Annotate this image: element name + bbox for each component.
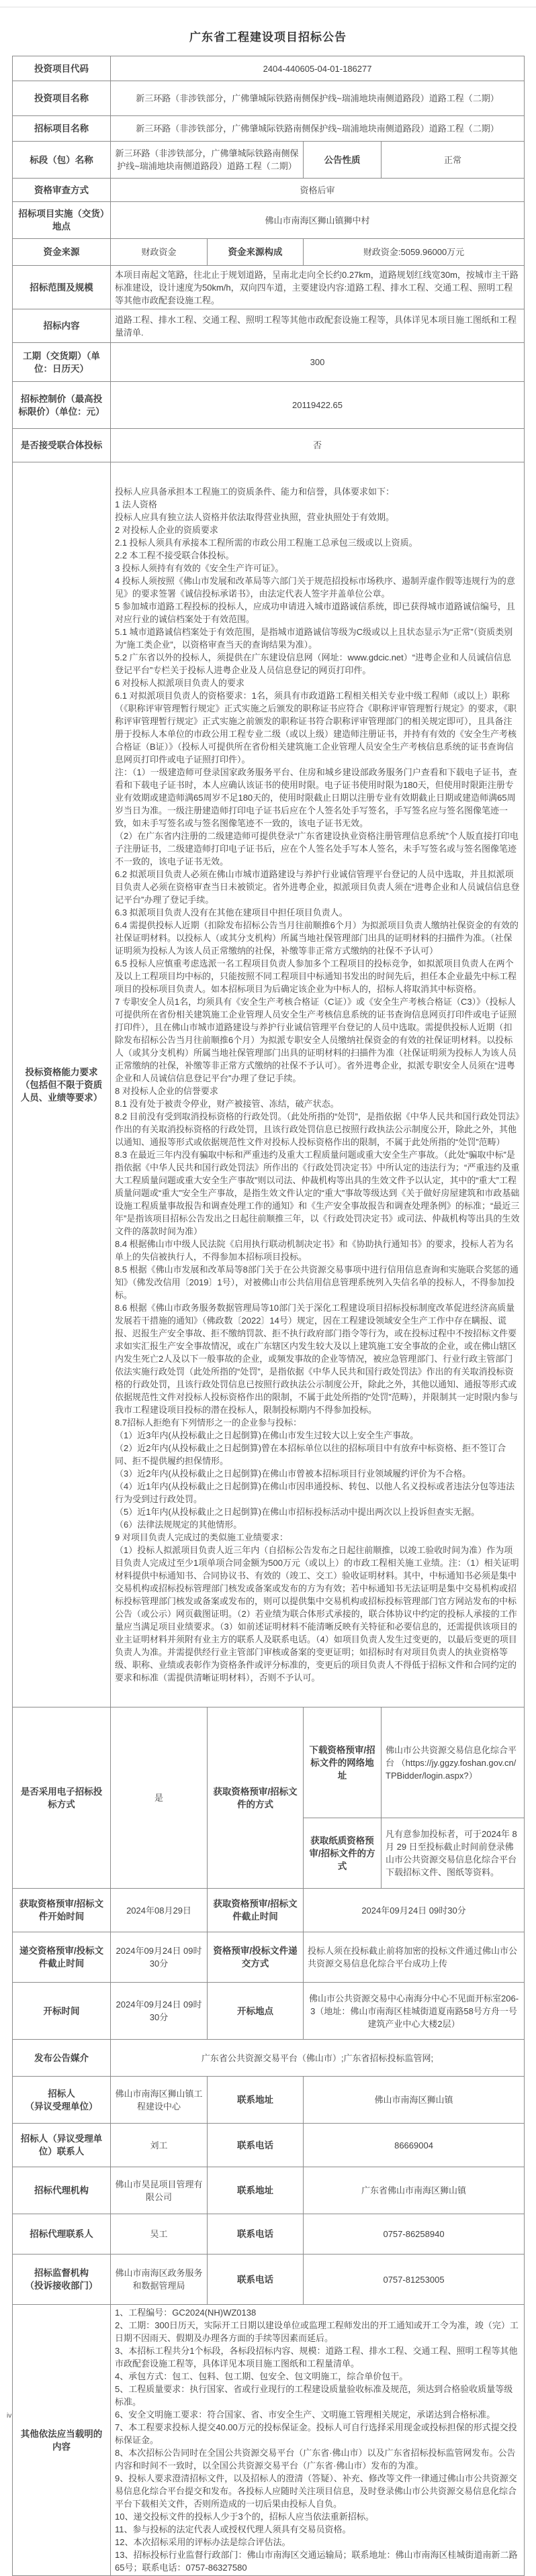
agency-contact-value: 吴工 [111,2214,208,2255]
tender-scope-label: 招标范围及规模 [13,266,111,309]
paper-method-value: 凡有意参加投标者，可于2024年 8 月 29 日至投标截止时间前登录佛山市公共… [382,1818,525,1889]
notice-nature-value: 正常 [382,142,525,179]
table-row: 招标人（异议受理单位）联系人 刘工 联系电话 86669004 [13,2124,525,2167]
paper-method-label: 获取纸质资格预审/招标文件的方式 [304,1818,382,1889]
electronic-bidding-value: 是 [111,1707,208,1889]
qualification-review-label: 资格审查方式 [13,179,111,202]
announcement-media-value: 广东省公共资源交易平台（佛山市）;广东省招标投标监管网; [111,2040,525,2077]
consortium-value: 否 [111,429,525,462]
table-row: 投资项目代码 2404-440605-04-01-186277 [13,56,525,81]
tender-project-name-value: 新三环路（非涉铁部分，广佛肇城际铁路南侧保护线~瑞浦地块南侧道路段）道路工程（二… [111,116,525,142]
table-row: 招标代理机构 佛山市昊昆项目管理有限公司 联系地址 广东省佛山市南海区狮山镇 [13,2167,525,2214]
table-row: 招标范围及规模 本项目南起文笔路，往北止于规划道路，呈南北走向全长约0.27km… [13,266,525,309]
agency-value: 佛山市昊昆项目管理有限公司 [111,2167,208,2214]
tender-project-name-label: 招标项目名称 [13,116,111,142]
download-url-label: 下载资格预审/招标文件的网络地址 [304,1707,382,1818]
table-row: 招标人 （异议受理单位） 佛山市南海区狮山镇工程建设中心 联系地址 佛山市南海区… [13,2077,525,2124]
doc-obtain-start-value: 2024年08月29日 [111,1889,208,1932]
funding-composition-value: 财政资金:5059.96000万元 [304,239,525,266]
submission-deadline-value: 2024年09月24日 09时30分 [111,1932,208,1983]
duration-value: 300 [111,343,525,382]
control-price-label: 招标控制价（最高投标限价）（单位：元） [13,382,111,429]
doc-obtain-end-label: 获取资格预审/招标文件截止时间 [208,1889,304,1932]
table-row: 招标监督机构 （投诉接收部门） 佛山市南海区政务服务和数据管理局 联系电话 07… [13,2255,525,2305]
submission-method-label: 资格预审/投标文件递交方式 [208,1932,304,1983]
table-row: 开标时间 2024年09月24日 09时30分 开标地点 佛山市公共资源交易中心… [13,1983,525,2040]
supervision-phone-value: 0757-81253005 [304,2255,525,2305]
table-row: 招标控制价（最高投标限价）（单位：元） 20119422.65 [13,382,525,429]
submission-method-value: 投标人须在投标截止前将加密的投标文件通过佛山市公共资源交易信息化综合平台成功上传 [304,1932,525,1983]
agency-address-value: 广东省佛山市南海区狮山镇 [304,2167,525,2214]
table-row: 标段（包）名称 新三环路（非涉铁部分，广佛肇城际铁路南侧保护线~瑞浦地块南侧道路… [13,142,525,179]
funding-source-value: 财政资金 [111,239,208,266]
table-row: 其他依法应当载明的内容 1、工程编号：GC2024(NH)WZ0138 2、工期… [13,2305,525,2576]
doc-obtain-end-value: 2024年09月24日 09时30分 [304,1889,525,1932]
table-row: 递交资格预审/投标文件截止时间 2024年09月24日 09时30分 资格预审/… [13,1932,525,1983]
control-price-value: 20119422.65 [111,382,525,429]
section-name-label: 标段（包）名称 [13,142,111,179]
investment-name-value: 新三环路（非涉铁部分，广佛肇城际铁路南侧保护线~瑞浦地块南侧道路段）道路工程（二… [111,81,525,116]
investment-name-label: 投资项目名称 [13,81,111,116]
electronic-bidding-label: 是否采用电子招标投标方式 [13,1707,111,1889]
other-content-label: 其他依法应当载明的内容 [13,2305,111,2576]
tender-scope-value: 本项目南起文笔路，往北止于规划道路，呈南北走向全长约0.27km，道路规划红线宽… [111,266,525,309]
tender-content-value: 道路工程、排水工程、交通工程、照明工程等其他市政配套设施工程等，具体详见本项目施… [111,309,525,343]
table-row: 招标项目名称 新三环路（非涉铁部分，广佛肇城际铁路南侧保护线~瑞浦地块南侧道路段… [13,116,525,142]
agency-phone-label: 联系电话 [208,2214,304,2255]
bid-opening-time-value: 2024年09月24日 09时30分 [111,1983,208,2040]
qualification-requirements-value: 投标人应具备承担本工程施工的资质条件、能力和信誉，具体要求如下： 1 法人资格 … [111,462,525,1707]
table-row: 是否接受联合体投标 否 [13,429,525,462]
tenderer-contact-label: 招标人（异议受理单位）联系人 [13,2124,111,2167]
download-url-value: 佛山市公共资源交易信息化综合平台 （https://jy.ggzy.foshan… [382,1707,525,1818]
other-content-value: 1、工程编号：GC2024(NH)WZ0138 2、工期：300日历天，实际开工… [111,2305,525,2576]
page-top-divider [0,7,536,7]
table-row: 招标项目实施（交货）地点 佛山市南海区狮山镇狮中村 [13,202,525,239]
funding-source-label: 资金来源 [13,239,111,266]
table-row: 发布公告媒介 广东省公共资源交易平台（佛山市）;广东省招标投标监管网; [13,2040,525,2077]
table-row: 工期（交货期）（单位：日历天） 300 [13,343,525,382]
obtain-method-label: 获取资格预审/招标文件的方式 [208,1707,304,1889]
submission-deadline-label: 递交资格预审/投标文件截止时间 [13,1932,111,1983]
table-row: 投标资格能力要求（包括但不限于资质人员、业绩等要求） 投标人应具备承担本工程施工… [13,462,525,1707]
doc-obtain-start-label: 获取资格预审/招标文件开始时间 [13,1889,111,1932]
qualification-requirements-label: 投标资格能力要求（包括但不限于资质人员、业绩等要求） [13,462,111,1707]
table-row: 投资项目名称 新三环路（非涉铁部分，广佛肇城际铁路南侧保护线~瑞浦地块南侧道路段… [13,81,525,116]
consortium-label: 是否接受联合体投标 [13,429,111,462]
tender-content-label: 招标内容 [13,309,111,343]
agency-address-label: 联系地址 [208,2167,304,2214]
delivery-location-label: 招标项目实施（交货）地点 [13,202,111,239]
tenderer-phone-label: 联系电话 [208,2124,304,2167]
bid-opening-place-label: 开标地点 [208,1983,304,2040]
supervision-value: 佛山市南海区政务服务和数据管理局 [111,2255,208,2305]
tenderer-contact-value: 刘工 [111,2124,208,2167]
page-number: iv [7,2412,11,2420]
investment-code-value: 2404-440605-04-01-186277 [111,56,525,81]
tenderer-phone-value: 86669004 [304,2124,525,2167]
table-row: 招标代理联系人 吴工 联系电话 0757-86258940 [13,2214,525,2255]
tender-announcement-table: 投资项目代码 2404-440605-04-01-186277 投资项目名称 新… [12,56,525,2576]
agency-contact-label: 招标代理联系人 [13,2214,111,2255]
funding-composition-label: 资金来源构成 [208,239,304,266]
investment-code-label: 投资项目代码 [13,56,111,81]
supervision-phone-label: 联系电话 [208,2255,304,2305]
tenderer-value: 佛山市南海区狮山镇工程建设中心 [111,2077,208,2124]
qualification-review-value: 资格后审 [111,179,525,202]
section-name-value: 新三环路（非涉铁部分，广佛肇城际铁路南侧保护线~瑞浦地块南侧道路段）道路工程（二… [111,142,304,179]
announcement-media-label: 发布公告媒介 [13,2040,111,2077]
agency-label: 招标代理机构 [13,2167,111,2214]
bid-opening-time-label: 开标时间 [13,1983,111,2040]
table-row: 资格审查方式 资格后审 [13,179,525,202]
table-row: 资金来源 财政资金 资金来源构成 财政资金:5059.96000万元 [13,239,525,266]
delivery-location-value: 佛山市南海区狮山镇狮中村 [111,202,525,239]
tenderer-address-label: 联系地址 [208,2077,304,2124]
notice-nature-label: 公告性质 [304,142,382,179]
supervision-label: 招标监督机构 （投诉接收部门） [13,2255,111,2305]
tenderer-label: 招标人 （异议受理单位） [13,2077,111,2124]
table-row: 获取资格预审/招标文件开始时间 2024年08月29日 获取资格预审/招标文件截… [13,1889,525,1932]
agency-phone-value: 0757-86258940 [304,2214,525,2255]
page-title: 广东省工程建设项目招标公告 [0,28,536,44]
table-row: 是否采用电子招标投标方式 是 获取资格预审/招标文件的方式 下载资格预审/招标文… [13,1707,525,1818]
bid-opening-place-value: 佛山市公共资源交易中心南海分中心不见面开标室206-3（地址：佛山市南海区桂城街… [304,1983,525,2040]
duration-label: 工期（交货期）（单位：日历天） [13,343,111,382]
table-row: 招标内容 道路工程、排水工程、交通工程、照明工程等其他市政配套设施工程等，具体详… [13,309,525,343]
tenderer-address-value: 佛山市南海区狮山镇 [304,2077,525,2124]
